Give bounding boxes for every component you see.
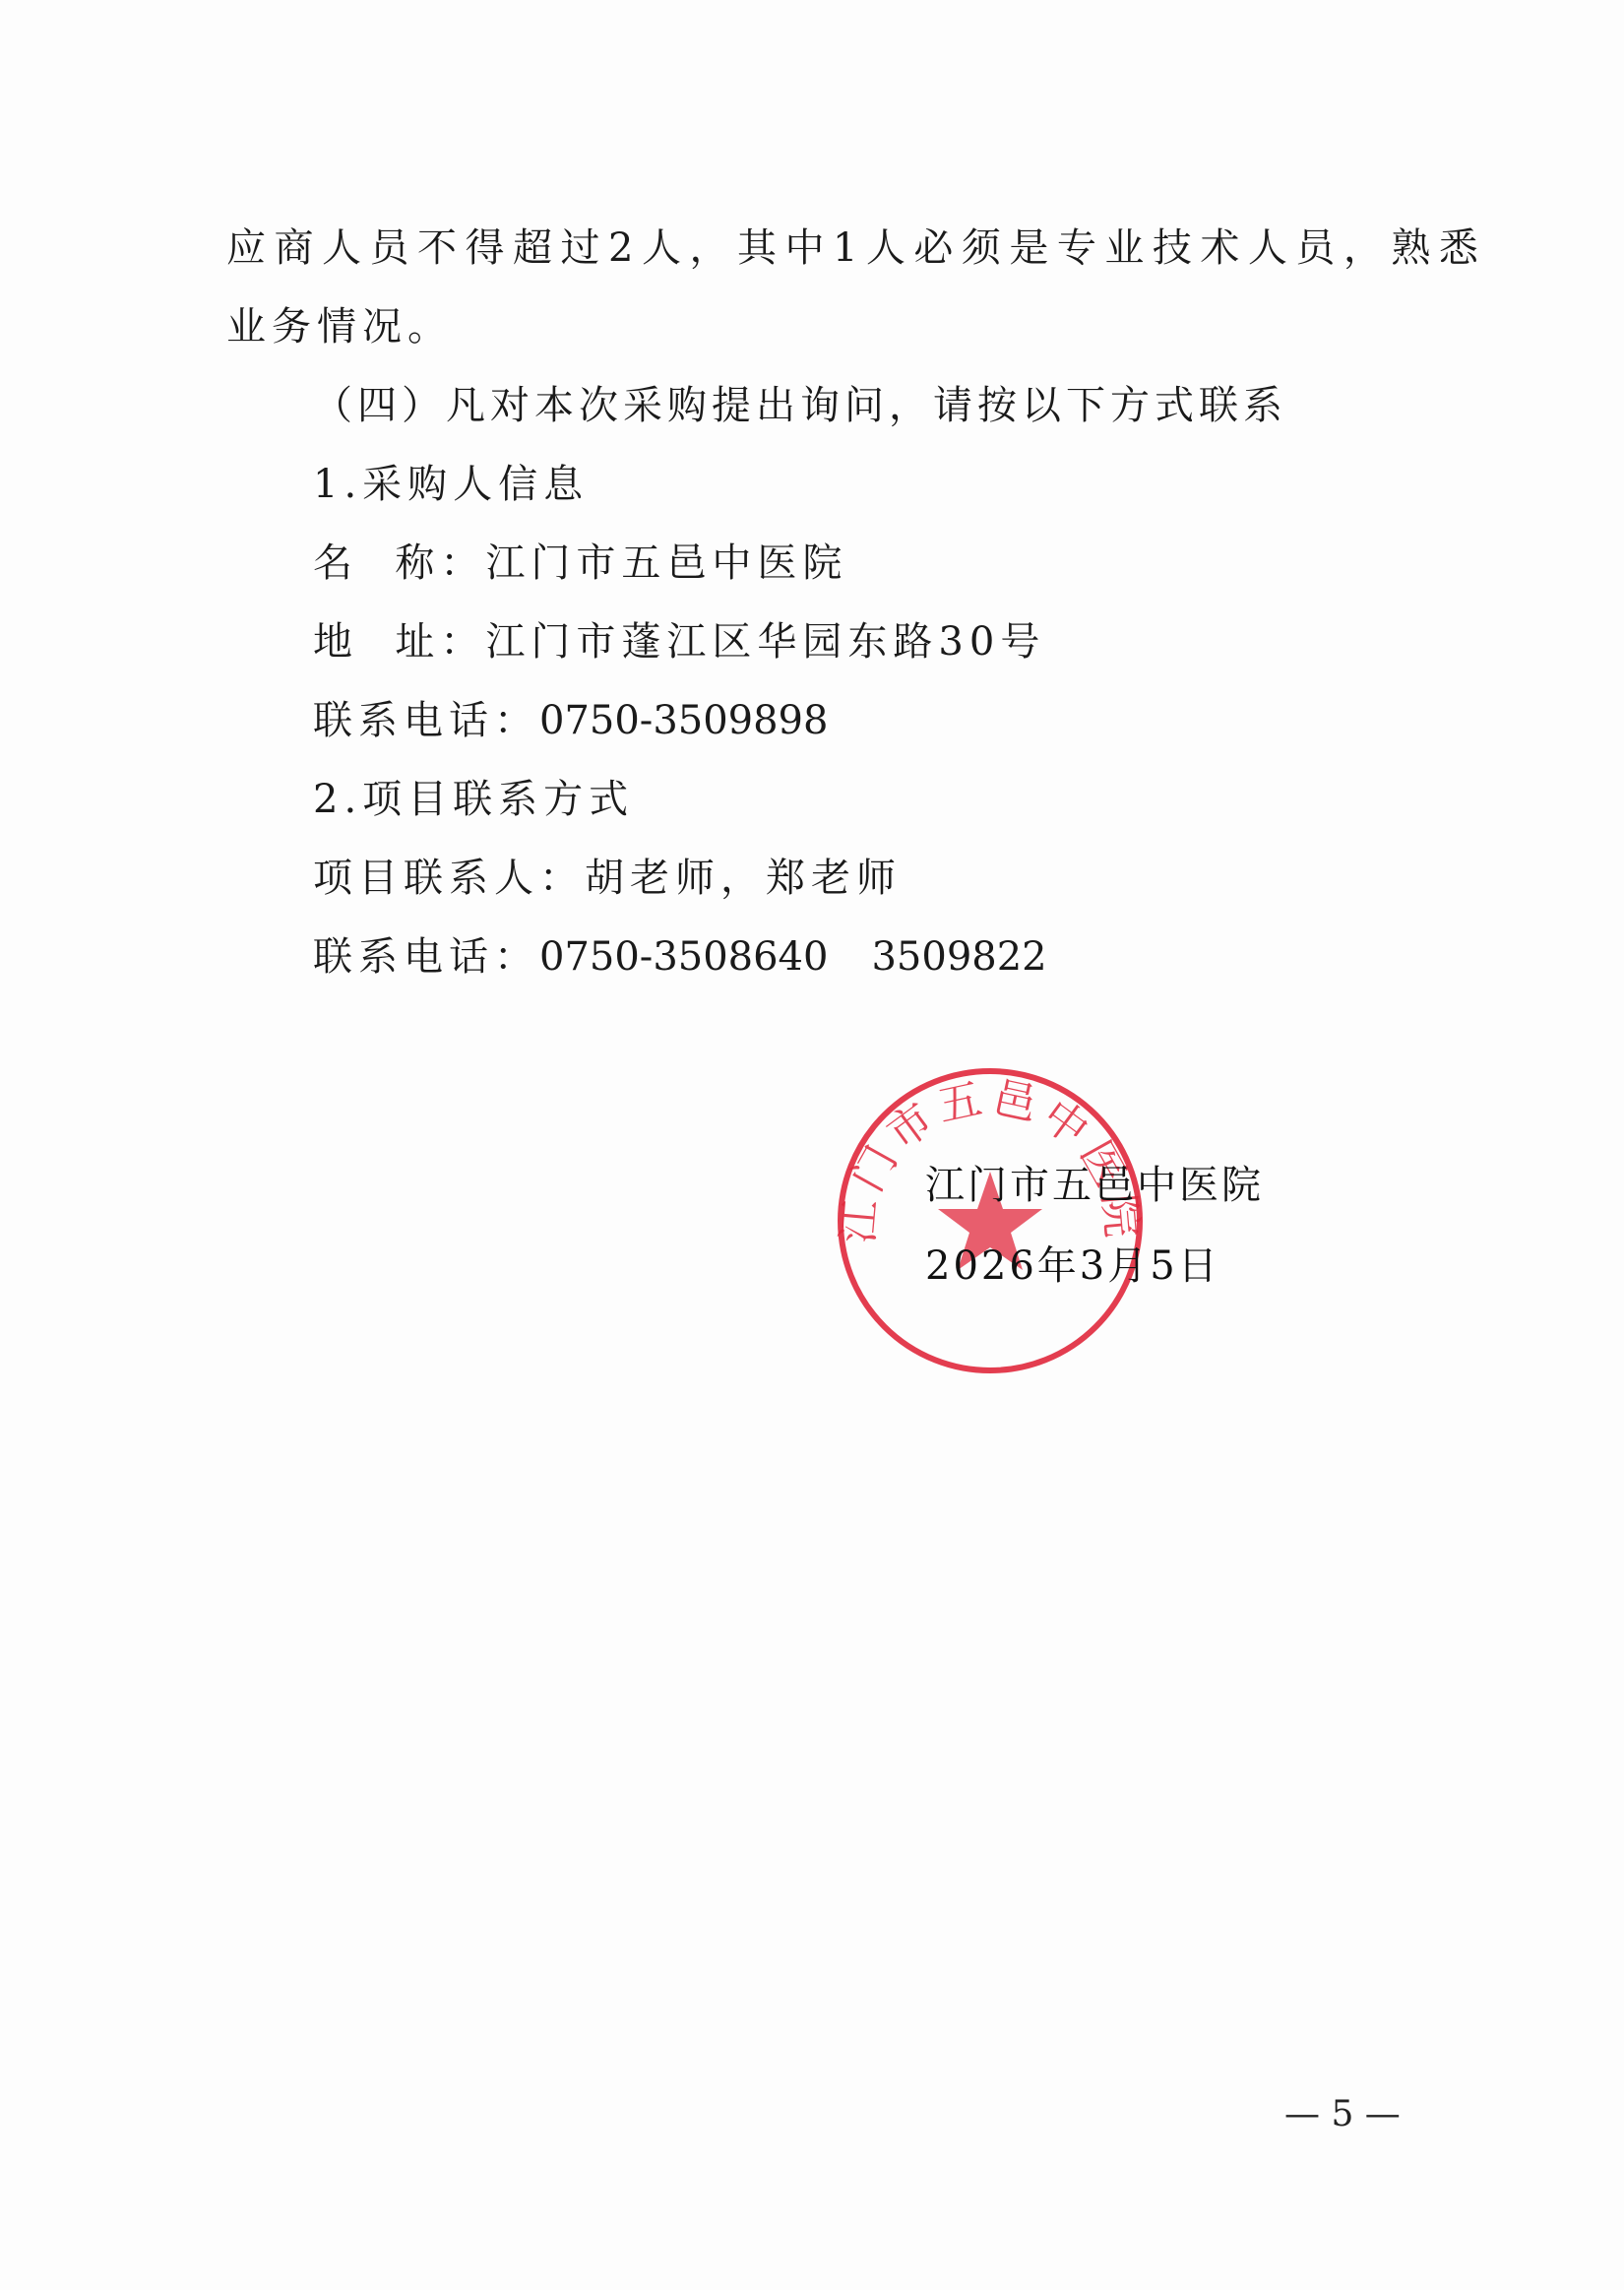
project-contact-row: 项目联系人：胡老师，郑老师 [313, 855, 902, 902]
project-contact-value: 胡老师，郑老师 [585, 856, 902, 901]
project-phone-row: 联系电话：0750-35086403509822 [313, 933, 1047, 981]
purchaser-phone-row: 联系电话：0750-3509898 [313, 697, 828, 744]
purchaser-address-value: 江门市蓬江区华园东路30号 [485, 619, 1045, 665]
project-phone-value-1: 0750-3508640 [539, 934, 828, 980]
purchaser-phone-value: 0750-3509898 [539, 698, 828, 743]
signature-date: 2026年3月5日 [925, 1242, 1220, 1290]
paragraph-continuation: 应商人员不得超过2人，其中1人必须是专业技术人员，熟悉 [226, 224, 1486, 272]
project-contact-label: 项目联系人： [313, 856, 585, 901]
purchaser-name-label: 名 称： [313, 541, 485, 586]
purchaser-name-value: 江门市五邑中医院 [485, 541, 847, 586]
section-heading-inquiry: （四）凡对本次采购提出询问，请按以下方式联系 [313, 382, 1287, 429]
purchaser-address-row: 地 址：江门市蓬江区华园东路30号 [313, 618, 1045, 666]
purchaser-address-label: 地 址： [313, 619, 485, 665]
purchaser-name-row: 名 称：江门市五邑中医院 [313, 540, 847, 587]
official-seal-icon: 江门市五邑中医院 [835, 1065, 1146, 1376]
signature-organization: 江门市五邑中医院 [925, 1162, 1264, 1209]
page-number: — 5 — [1284, 2093, 1401, 2136]
project-phone-label: 联系电话： [313, 934, 539, 980]
purchaser-info-heading: 1.采购人信息 [313, 461, 589, 508]
paragraph-continuation-end: 业务情况。 [226, 303, 453, 350]
purchaser-phone-label: 联系电话： [313, 698, 539, 743]
document-page: 应商人员不得超过2人，其中1人必须是专业技术人员，熟悉 业务情况。 （四）凡对本… [0, 0, 1624, 2290]
project-phone-value-2: 3509822 [871, 934, 1046, 980]
project-contact-heading: 2.项目联系方式 [313, 776, 634, 823]
